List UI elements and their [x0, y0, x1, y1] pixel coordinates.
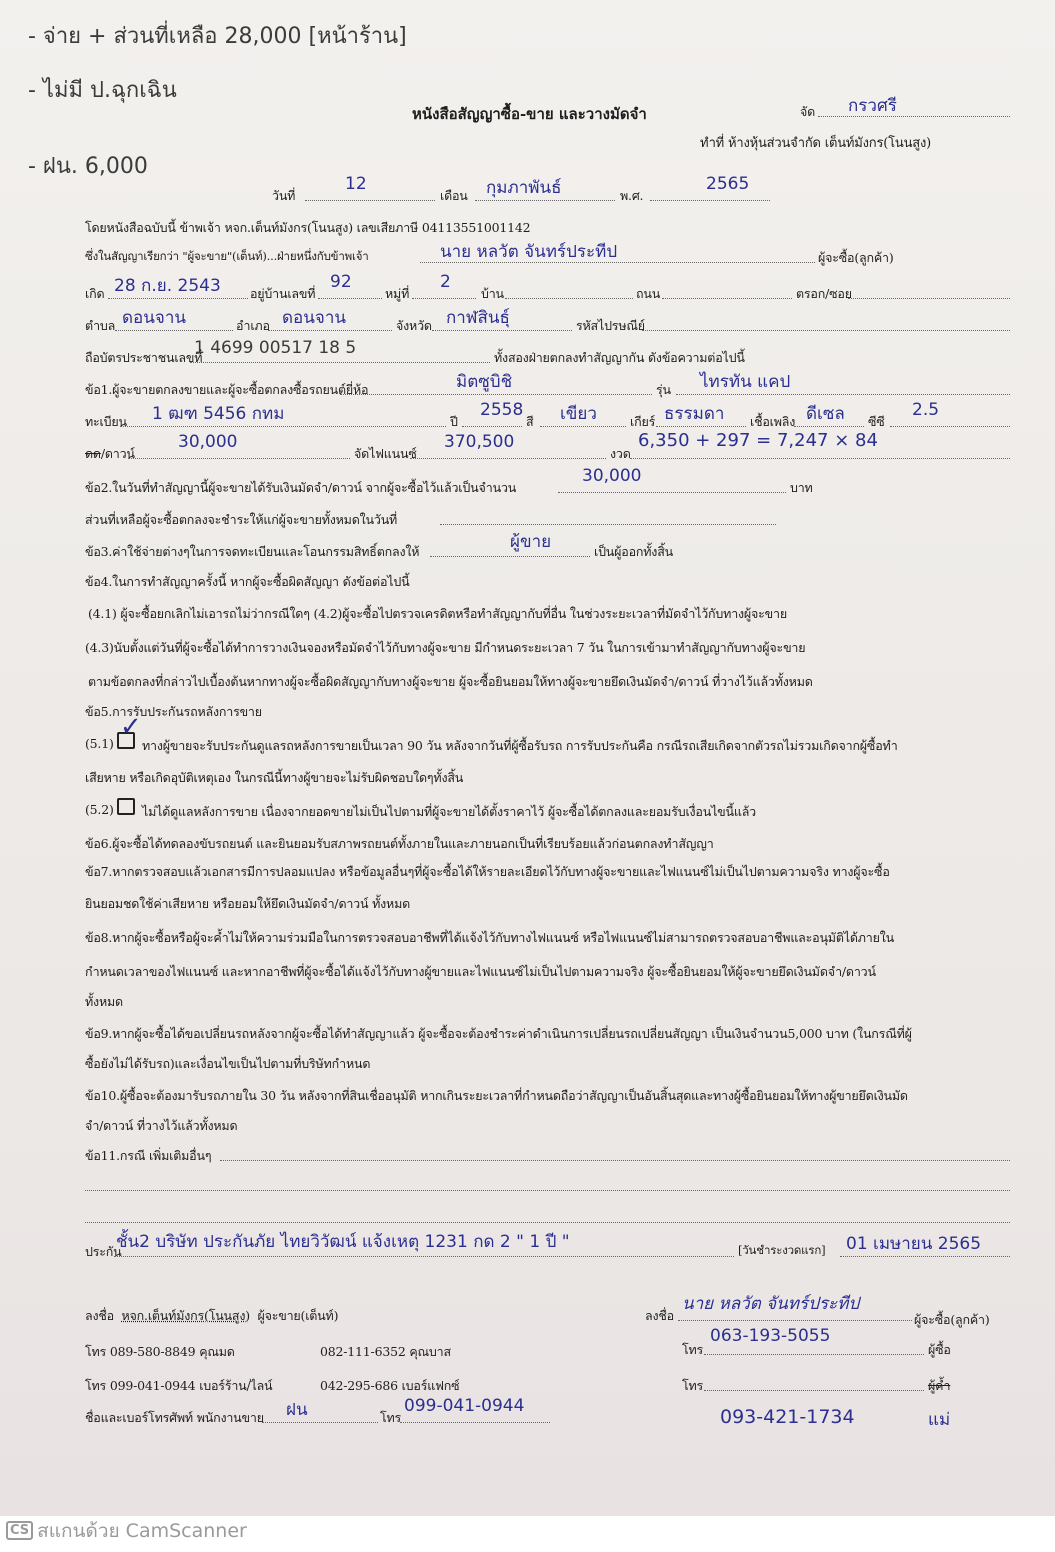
year2-value[interactable]: 2558: [480, 400, 523, 420]
salesperson-label: ชื่อและเบอร์โทรศัพท์ พนักงานขาย: [85, 1408, 264, 1428]
clause2-unit: บาท: [790, 478, 813, 498]
clause2b-text: ส่วนที่เหลือผู้จะซื้อตกลงจะชำระให้แก่ผู้…: [85, 510, 397, 530]
province-field-line: [818, 116, 1010, 117]
clause9b-text: ซื้อยังไม่ได้รับรถ)และเงื่อนไขเป็นไปตามท…: [85, 1054, 370, 1074]
insurance-line: [114, 1256, 734, 1257]
year2-label: ปี: [450, 412, 458, 432]
extra-phone-value[interactable]: 093-421-1734: [720, 1406, 855, 1428]
road-line: [662, 298, 792, 299]
province-value[interactable]: กรวศรี: [848, 92, 897, 119]
day-label: วันที่: [272, 186, 295, 206]
installment-label: งวด: [610, 444, 631, 464]
clause5-1a-text: ทางผู้ขายจะรับประกันดูแลรถหลังการขายเป็น…: [142, 736, 898, 756]
salesperson-value[interactable]: ฝน: [286, 1396, 308, 1423]
clause5-1-num: (5.1): [85, 736, 114, 751]
buyer-phone-value[interactable]: 063-193-5055: [710, 1326, 830, 1346]
agree-text: ทั้งสองฝ่ายตกลงทำสัญญากัน ดังข้อความต่อไ…: [494, 348, 745, 368]
camscanner-text: สแกนด้วย CamScanner: [37, 1520, 247, 1542]
gear-label: เกียร์: [630, 412, 655, 432]
id-value[interactable]: 1 4699 00517 18 5: [194, 338, 356, 358]
clause3-text: ข้อ3.ค่าใช้จ่ายต่างๆในการจดทะเบียนและโอน…: [85, 542, 419, 562]
color-label: สี: [526, 412, 533, 432]
month-value[interactable]: กุมภาพันธ์: [486, 174, 561, 201]
fuel-label: เชื้อเพลิง: [750, 412, 795, 432]
seller-phone-3: โทร 099-041-0944 เบอร์ร้าน/ไลน์: [85, 1376, 272, 1396]
clause1-label: ข้อ1.ผู้จะขายตกลงขายและผู้จะซื้อตกลงซื้อ…: [85, 380, 368, 400]
clause7b-text: ยินยอมชดใช้ค่าเสียหาย หรือยอมให้ยึดเงินม…: [85, 894, 410, 914]
insurance-value[interactable]: ชั้น2 บริษัท ประกันภัย ไทยวิวัฒน์ แจ้งเห…: [116, 1228, 570, 1255]
salesperson-phone-value[interactable]: 099-041-0944: [404, 1396, 524, 1416]
clause11-line-1: [220, 1160, 1010, 1161]
district-value[interactable]: ดอนจาน: [282, 304, 346, 331]
seller-sign-label: ลงชื่อ: [85, 1308, 114, 1323]
year-value[interactable]: 2565: [706, 174, 749, 194]
color-value[interactable]: เขียว: [560, 400, 597, 427]
id-line: [190, 362, 490, 363]
salesperson-phone-line: [400, 1422, 550, 1423]
clause5-1b-text: เสียหาย หรือเกิดอุบัติเหตุเอง ในกรณีนี้ท…: [85, 768, 463, 788]
cc-line: [890, 426, 1010, 427]
clause2-amount-line: [558, 492, 786, 493]
clause3-line: [430, 556, 590, 557]
clause11-text: ข้อ11.กรณี เพิ่มเติมอื่นๆ: [85, 1146, 211, 1166]
intro-text: โดยหนังสือฉบับนี้ ข้าพเจ้า หจก.เต็นท์มัง…: [85, 218, 530, 238]
buyer-phone-label: โทร: [682, 1340, 703, 1360]
plate-label: ทะเบียน: [85, 412, 127, 432]
province2-value[interactable]: กาฬสินธุ์: [446, 304, 510, 331]
clause8a-text: ข้อ8.หากผู้จะซื้อหรือผู้จะค้ำไม่ให้ความร…: [85, 928, 894, 948]
seller-called-text: ซึ่งในสัญญาเรียกว่า "ผู้จะขาย"(เต็นท์)..…: [85, 248, 369, 266]
month-label: เดือน: [440, 186, 468, 206]
moo-label: หมู่ที่: [385, 284, 409, 304]
clause3-value[interactable]: ผู้ขาย: [510, 528, 551, 555]
year-field-line: [650, 200, 770, 201]
clause6-text: ข้อ6.ผู้จะซื้อได้ทดลองขับรถยนต์ และยินยอ…: [85, 834, 714, 854]
clause8b-text: กำหนดเวลาของไฟแนนซ์ และหากอาชีพที่ผู้จะซ…: [85, 962, 876, 982]
note-line-1: - จ่าย + ส่วนที่เหลือ 28,000 [หน้าร้าน]: [28, 18, 407, 53]
district-label: อำเภอ: [236, 316, 270, 336]
subdistrict-label: ตำบล: [85, 316, 115, 336]
postcode-line: [642, 330, 1010, 331]
buyer-sign-line: [678, 1320, 912, 1321]
finance-label: จัดไฟแนนซ์: [354, 444, 417, 464]
camscanner-logo-icon: CS: [6, 1521, 33, 1540]
moo-value[interactable]: 2: [440, 272, 451, 292]
down-line: [128, 458, 350, 459]
clause5-2-checkbox[interactable]: [117, 798, 135, 815]
clause2-amount[interactable]: 30,000: [582, 466, 641, 486]
clause2b-line: [440, 524, 776, 525]
clause4-1-text: (4.1) ผู้จะซื้อยกเลิกไม่เอารถไม่ว่ากรณีใ…: [88, 604, 787, 624]
house-no-line: [318, 298, 382, 299]
clause11-line-3: [85, 1222, 1010, 1223]
clause5-2-text: ไม่ได้ดูแลหลังการขาย เนื่องจากยอดขายไม่เ…: [142, 802, 756, 822]
finance-line: [410, 458, 606, 459]
day-field-line: [305, 200, 435, 201]
down-label: ดด/ดาวน์: [85, 444, 135, 464]
first-due-label: [วันชำระงวดแรก]: [738, 1242, 825, 1260]
camscanner-watermark: CSสแกนด้วย CamScanner: [6, 1516, 247, 1546]
clause9a-text: ข้อ9.หากผู้จะซื้อได้ขอเปลี่ยนรถหลังจากผู…: [85, 1024, 912, 1044]
buyer-phone-role: ผู้ซื้อ: [928, 1340, 951, 1360]
year-label: พ.ศ.: [620, 186, 643, 206]
seller-name: หจก.เต็นท์มังกร(โนนสูง): [122, 1308, 250, 1323]
village-line: [505, 298, 633, 299]
document-title: หนังสือสัญญาซื้อ-ขาย และวางมัดจำ: [412, 102, 647, 126]
guarantor-phone-line: [704, 1390, 924, 1391]
model-value[interactable]: ไทรทัน แคป: [700, 368, 790, 395]
clause4-3b-text: ตามข้อตกลงที่กล่าวไปเบื้องต้นหากทางผู้จะ…: [88, 672, 813, 692]
cc-value[interactable]: 2.5: [912, 400, 939, 420]
first-due-value[interactable]: 01 เมษายน 2565: [846, 1230, 981, 1257]
extra-phone-role: แม่: [928, 1406, 950, 1433]
province-label: จัด: [800, 102, 815, 122]
clause8c-text: ทั้งหมด: [85, 992, 123, 1012]
day-value[interactable]: 12: [345, 174, 367, 194]
id-label: ถือบัตรประชาชนเลขที่: [85, 348, 202, 368]
note-line-2: - ไม่มี ป.ฉุกเฉิน: [28, 72, 177, 107]
postcode-label: รหัสไปรษณีย์: [576, 316, 645, 336]
village-label: บ้าน: [481, 284, 504, 304]
seller-role: ผู้จะขาย(เต็นท์): [257, 1308, 338, 1323]
clause5-text: ข้อ5.การรับประกันรถหลังการขาย: [85, 702, 262, 722]
house-no-value[interactable]: 92: [330, 272, 352, 292]
guarantor-phone-label: โทร: [682, 1376, 703, 1396]
buyer-signature[interactable]: นาย หลวัต จันทร์ประทีป: [682, 1290, 859, 1317]
seller-phone-4: 042-295-686 เบอร์แฟกซ์: [320, 1376, 459, 1396]
clause10b-text: จำ/ดาวน์ ที่วางไว้แล้วทั้งหมด: [85, 1116, 237, 1136]
down-value[interactable]: 30,000: [178, 432, 237, 452]
subdistrict-value[interactable]: ดอนจาน: [122, 304, 186, 331]
checkmark-icon: ✓: [120, 712, 142, 742]
guarantor-role: ผู้ค้ำ: [928, 1376, 950, 1396]
seller-phone-2: 082-111-6352 คุณบาส: [320, 1342, 451, 1362]
clause5-2-num: (5.2): [85, 802, 114, 817]
seller-sign-block: ลงชื่อ หจก.เต็นท์มังกร(โนนสูง) ผู้จะขาย(…: [85, 1306, 338, 1326]
seller-phone-1: โทร 089-580-8849 คุณมด: [85, 1342, 235, 1362]
province2-label: จังหวัด: [396, 316, 432, 336]
clause2-text: ข้อ2.ในวันที่ทำสัญญานี้ผู้จะขายได้รับเงิ…: [85, 478, 516, 498]
born-label: เกิด: [85, 284, 104, 304]
plate-value[interactable]: 1 ฒฑ 5456 กทม: [152, 400, 284, 427]
model-label: รุ่น: [656, 380, 671, 400]
buyer-role: ผู้จะซื้อ(ลูกค้า): [818, 248, 894, 268]
buyer-phone-line: [704, 1354, 924, 1355]
salesperson-phone-label: โทร: [380, 1408, 401, 1428]
born-value[interactable]: 28 ก.ย. 2543: [114, 272, 221, 299]
clause4-text: ข้อ4.ในการทำสัญญาครั้งนี้ หากผู้จะซื้อผิ…: [85, 572, 409, 592]
finance-value[interactable]: 370,500: [444, 432, 514, 452]
place-text: ทำที่ ห้างหุ้นส่วนจำกัด เต็นท์มังกร(โนนส…: [700, 132, 931, 153]
note-line-3: - ฝน. 6,000: [28, 148, 148, 183]
gear-value[interactable]: ธรรมดา: [664, 400, 724, 427]
salesperson-line: [262, 1422, 378, 1423]
buyer-name-value[interactable]: นาย หลวัต จันทร์ประทีป: [440, 238, 617, 265]
road-label: ถนน: [636, 284, 660, 304]
fuel-value[interactable]: ดีเซล: [806, 400, 845, 427]
clause11-line-2: [85, 1190, 1010, 1191]
buyer-sign-label: ลงชื่อ: [645, 1306, 674, 1326]
buyer-sign-role: ผู้จะซื้อ(ลูกค้า): [914, 1310, 990, 1330]
clause7a-text: ข้อ7.หากตรวจสอบแล้วเอกสารมีการปลอมแปลง ห…: [85, 862, 890, 882]
brand-value[interactable]: มิตซูบิชิ: [456, 368, 512, 395]
soi-line: [848, 298, 1010, 299]
clause4-3a-text: (4.3)นับตั้งแต่วันที่ผู้จะซื้อได้ทำการวา…: [85, 638, 805, 658]
clause3b-text: เป็นผู้ออกทั้งสิ้น: [594, 542, 673, 562]
installment-line: [630, 458, 1010, 459]
cc-label: ซีซี: [868, 412, 885, 432]
soi-label: ตรอก/ซอย: [796, 284, 852, 304]
clause10a-text: ข้อ10.ผู้ซื้อจะต้องมารับรถภายใน 30 วัน ห…: [85, 1086, 908, 1106]
installment-value[interactable]: 6,350 + 297 = 7,247 × 84: [638, 430, 878, 451]
year2-line: [462, 426, 522, 427]
house-no-label: อยู่บ้านเลขที่: [250, 284, 315, 304]
moo-line: [412, 298, 476, 299]
